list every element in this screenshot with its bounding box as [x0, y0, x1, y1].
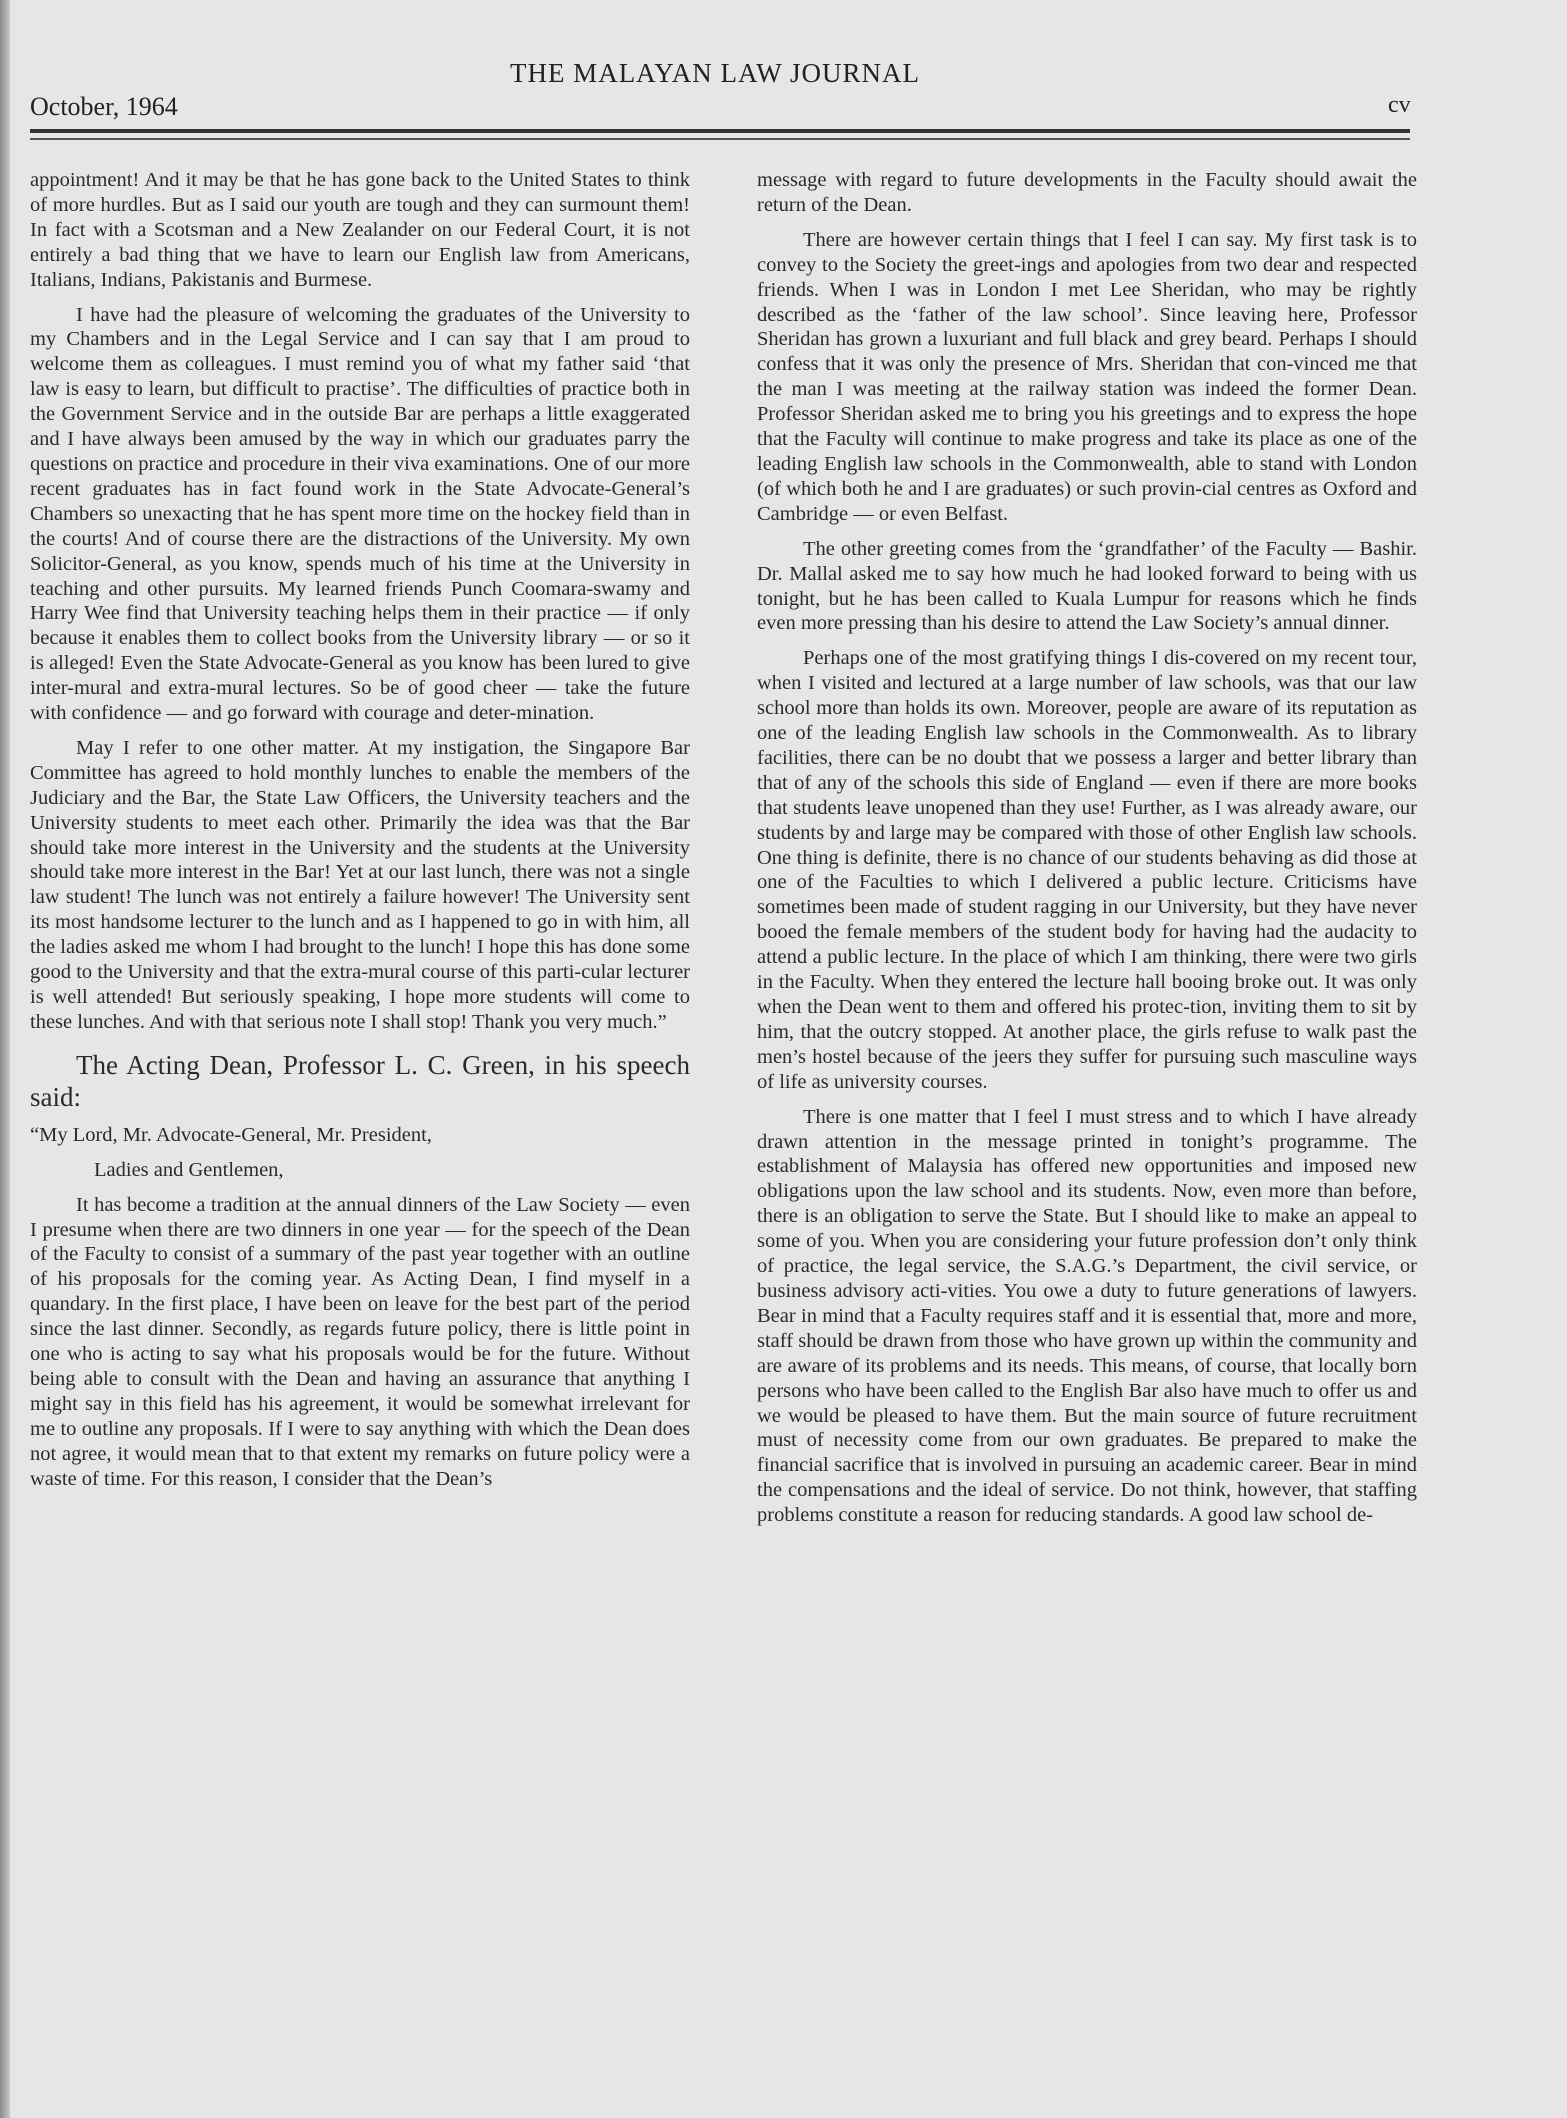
left-column: appointment! And it may be that he has g…: [30, 168, 690, 1502]
page-binding-edge: [0, 0, 10, 2118]
paragraph: It has become a tradition at the annual …: [30, 1193, 690, 1492]
issue-date: October, 1964: [30, 92, 178, 122]
paragraph: I have had the pleasure of welcoming the…: [30, 303, 690, 726]
paragraph: May I refer to one other matter. At my i…: [30, 736, 690, 1035]
paragraph: There are however certain things that I …: [757, 228, 1417, 527]
paragraph: message with regard to future developmen…: [757, 168, 1417, 218]
header-rule-thin: [30, 138, 1410, 140]
salutation-line: Ladies and Gentlemen,: [94, 1158, 690, 1183]
paragraph: Perhaps one of the most gratifying thing…: [757, 646, 1417, 1094]
page-number: cv: [1388, 92, 1411, 119]
salutation-line: “My Lord, Mr. Advocate-General, Mr. Pres…: [30, 1123, 690, 1148]
paragraph: appointment! And it may be that he has g…: [30, 168, 690, 293]
journal-title: THE MALAYAN LAW JOURNAL: [0, 58, 1430, 89]
right-column: message with regard to future developmen…: [757, 168, 1417, 1538]
speech-heading: The Acting Dean, Professor L. C. Green, …: [30, 1049, 690, 1113]
paragraph: There is one matter that I feel I must s…: [757, 1105, 1417, 1528]
header-rule-thick: [30, 129, 1410, 133]
paragraph: The other greeting comes from the ‘grand…: [757, 537, 1417, 637]
